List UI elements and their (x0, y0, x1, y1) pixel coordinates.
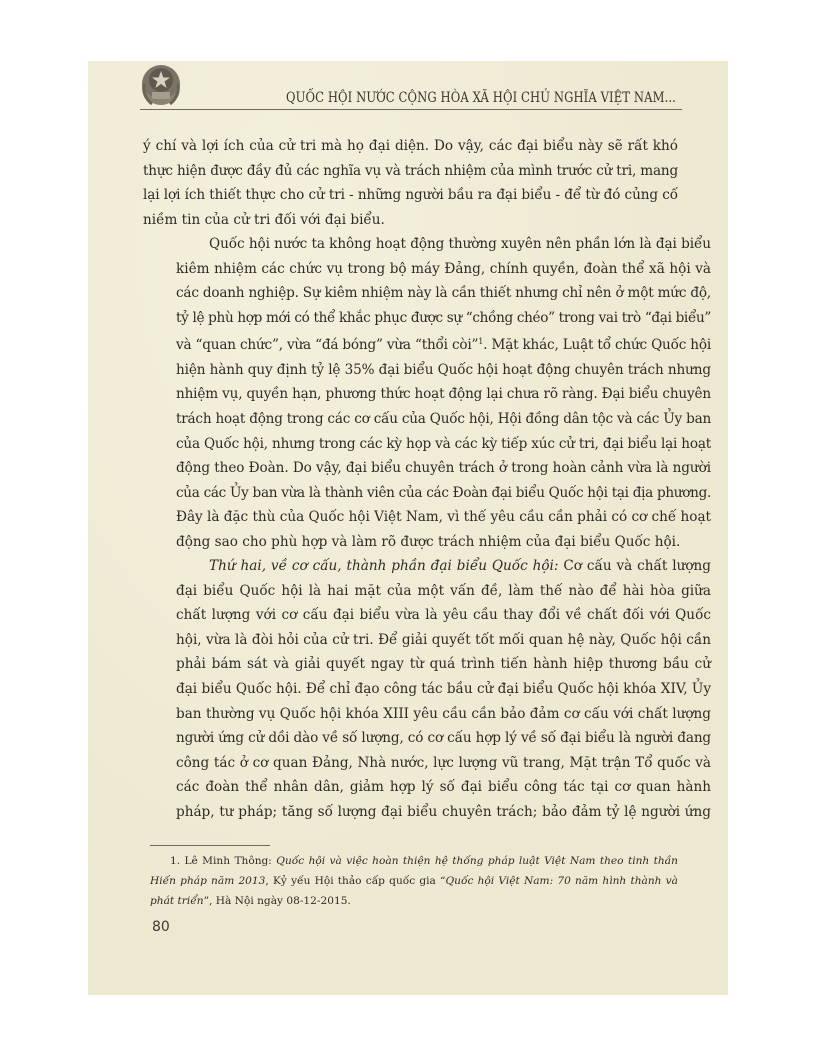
text-line: của các Ủy ban vừa là thành viên của các… (143, 481, 678, 506)
footnote: 1. Lê Minh Thông: Quốc hội và việc hoàn … (150, 852, 678, 911)
running-header-title: QUỐC HỘI NƯỚC CỘNG HÒA XÃ HỘI CHỦ NGHĨA … (286, 90, 676, 106)
text-line: các doanh nghiệp. Sự kiêm nhiệm này là c… (143, 281, 678, 306)
footnote-number: 1. (170, 855, 180, 867)
text-line: Đây là đặc thù của Quốc hội Việt Nam, vì… (143, 505, 678, 530)
text-line: công tác ở cơ quan Đảng, Nhà nước, lực l… (143, 751, 678, 776)
text-line: phải bám sát và giải quyết ngay từ quá t… (143, 652, 678, 677)
text-line: hiện hành quy định tỷ lệ 35% đại biểu Qu… (143, 358, 678, 383)
footnote-author: Lê Minh Thông: (185, 855, 272, 867)
text-line: tỷ lệ phù hợp mới có thể khắc phục được … (143, 306, 678, 331)
footnote-end: ”, Hà Nội ngày 08-12-2015. (204, 895, 351, 907)
text-segment: . Mặt khác, Luật tổ chức Quốc hội (483, 337, 711, 353)
text-line: đại biểu Quốc hội. Để chỉ đạo công tác b… (143, 677, 678, 702)
text-line: thực hiện được đầy đủ các nghĩa vụ và tr… (143, 159, 678, 184)
text-line: nhiệm vụ, quyền hạn, phương thức hoạt độ… (143, 382, 678, 407)
footnote-text: 1. Lê Minh Thông: Quốc hội và việc hoàn … (150, 852, 678, 911)
text-line: chất lượng với cơ cấu đại biểu vừa là yê… (143, 603, 678, 628)
text-line: lại lợi ích thiết thực cho cử tri - nhữn… (143, 183, 678, 208)
text-line: niềm tin của cử tri đối với đại biểu. (143, 208, 678, 233)
text-segment: Cơ cấu và chất lượng (558, 558, 711, 574)
text-line: hội, vừa là đòi hỏi của cử tri. Để giải … (143, 628, 678, 653)
header-divider (140, 109, 682, 110)
text-line: đại biểu Quốc hội là hai mặt của một vấn… (143, 579, 678, 604)
text-line: ban thường vụ Quốc hội khóa XIII yêu cầu… (143, 702, 678, 727)
text-line: động sao cho phù hợp và làm rõ được trác… (143, 530, 678, 555)
text-line: Quốc hội nước ta không hoạt động thường … (143, 232, 678, 257)
body-text: ý chí và lợi ích của cử tri mà họ đại di… (143, 134, 678, 824)
text-line: ý chí và lợi ích của cử tri mà họ đại di… (143, 134, 678, 159)
text-line: các đoàn thể nhân dân, giảm hợp lý số đạ… (143, 775, 678, 800)
paragraph-1: ý chí và lợi ích của cử tri mà họ đại di… (143, 134, 678, 232)
national-emblem-icon (138, 62, 184, 112)
text-line: của Quốc hội, nhưng trong các kỳ họp và … (143, 432, 678, 457)
paragraph-2: Quốc hội nước ta không hoạt động thường … (143, 232, 678, 554)
text-line: trách hoạt động trong các cơ cấu của Quố… (143, 407, 678, 432)
text-line: kiêm nhiệm các chức vụ trong bộ máy Đảng… (143, 257, 678, 282)
text-line: động theo Đoàn. Do vậy, đại biểu chuyên … (143, 456, 678, 481)
italic-lead: Thứ hai, về cơ cấu, thành phần đại biểu … (209, 558, 558, 574)
text-line-with-italic-lead: Thứ hai, về cơ cấu, thành phần đại biểu … (143, 554, 678, 579)
text-line: người ứng cử dồi dào về số lượng, có cơ … (143, 726, 678, 751)
paragraph-3: Thứ hai, về cơ cấu, thành phần đại biểu … (143, 554, 678, 824)
footnote-middle: , Kỷ yếu Hội thảo cấp quốc gia “ (265, 875, 445, 887)
text-line: pháp, tư pháp; tăng số lượng đại biểu ch… (143, 800, 678, 825)
text-line-with-footnote: và “quan chức”, vừa “đá bóng” vừa “thổi … (143, 330, 678, 358)
page-number: 80 (152, 919, 170, 935)
footnote-divider (150, 845, 270, 846)
text-segment: và “quan chức”, vừa “đá bóng” vừa “thổi … (176, 337, 478, 353)
